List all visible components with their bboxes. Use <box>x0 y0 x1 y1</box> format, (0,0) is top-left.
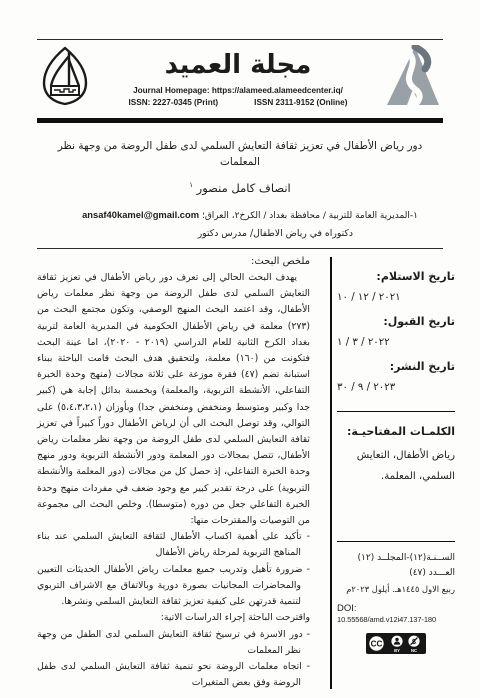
journal-name-calligraphy: مجلة العميد <box>91 51 385 80</box>
volume-year-line: الســنـة(١٢)-المجلــد (١٢) <box>337 551 455 566</box>
abstract-paragraph: يهدف البحث الحالي إلى تعرف دور رياض الأط… <box>37 270 310 529</box>
article-meta-sidebar: تاريخ الاستلام: ٢٠٢١ / ١٢ / ١٠ تاريخ الق… <box>337 256 455 691</box>
received-date-value: ٢٠٢١ / ١٢ / ١٠ <box>337 292 455 303</box>
keywords-text: رياض الأطفال، التعايش السلمي، المعلمة. <box>337 445 455 487</box>
cc-by-nc-license-icon[interactable]: CC BY $ NC <box>337 633 455 654</box>
affiliation-line: ١-المديرية العامة للتربية / محافظة بغداد… <box>37 209 443 221</box>
svg-text:CC: CC <box>371 639 383 648</box>
svg-text:BY: BY <box>394 648 400 653</box>
journal-homepage-url[interactable]: Journal Homepage: https://alameed.alamee… <box>91 86 385 95</box>
alameed-center-logo-icon <box>385 45 441 111</box>
abstract-suggestion: - اتجاه معلمات الروضة نحو تنمية ثقافة ال… <box>37 659 310 691</box>
affiliation-text: ١-المديرية العامة للتربية / محافظة بغداد… <box>202 211 418 221</box>
title-divider-rule <box>37 248 443 249</box>
sidebar-rule <box>337 411 455 412</box>
author-name: انصاف كامل منصور <box>197 181 291 195</box>
abstract-suggestion: - دور الاسرة في ترسيخ ثقافة التعايش السل… <box>37 627 310 659</box>
masthead: مجلة العميد Journal Homepage: https://al… <box>37 40 443 118</box>
issue-date-line: ربيع الاول ١٤٤٥هـ. أيلول ٢٠٢٣م <box>337 584 455 594</box>
masthead-center: مجلة العميد Journal Homepage: https://al… <box>91 49 385 108</box>
issue-line: العـــدد (٤٧) <box>337 566 455 581</box>
doi-label: DOI: <box>337 603 455 614</box>
author-email[interactable]: ansaf40kamel@gmail.com <box>82 209 199 220</box>
abstract-heading: ملخص البحث: <box>37 256 310 267</box>
abstract-suggestions-intro: واقترحت الباحثة إجراء الدراسات الاتية: <box>37 610 310 626</box>
keywords-label: الكلمـات المفتاحيـة: <box>337 425 455 438</box>
abstract-recommendation: - ضرورة تأهيل وتدريب جميع معلمات رياض ال… <box>37 562 310 611</box>
received-date-label: تاريخ الاستلام: <box>337 270 455 283</box>
issn-row: ISSN: 2227-0345 (Print) ISSN 2311-9152 (… <box>91 98 385 107</box>
doi-link[interactable]: 10.55568/amd.v12i47.137-180 <box>337 615 455 624</box>
main-content: ملخص البحث: يهدف البحث الحالي إلى تعرف د… <box>37 256 455 691</box>
column-divider-rule <box>330 257 332 689</box>
issn-online: ISSN 2311-9152 (Online) <box>254 98 347 107</box>
article-title: دور رياض الأطفال في تعزيز ثقافة التعايش … <box>37 138 443 171</box>
header-thick-rule <box>37 118 443 123</box>
accepted-date-label: تاريخ القبول: <box>337 315 455 328</box>
abstract-section: ملخص البحث: يهدف البحث الحالي إلى تعرف د… <box>37 256 310 691</box>
author-affiliation-superscript: ١ <box>189 181 193 189</box>
svg-text:NC: NC <box>411 648 417 653</box>
accepted-date-value: ٢٠٢٢ / ٣ / ١ <box>337 337 455 348</box>
issn-print: ISSN: 2227-0345 (Print) <box>129 98 219 107</box>
published-date-label: تاريخ النشر: <box>337 360 455 373</box>
alameed-emblem-icon <box>39 46 91 110</box>
abstract-recommendation: - تأكيد على أهمية اكساب الأطفال لثقافة ا… <box>37 529 310 561</box>
author-degree: دكتوراه في رياض الاطفال/ مدرس دكتور <box>37 228 443 239</box>
sidebar-rule <box>337 541 455 542</box>
doi-block: DOI: 10.55568/amd.v12i47.137-180 <box>337 603 455 624</box>
journal-first-page: مجلة العميد Journal Homepage: https://al… <box>0 39 480 691</box>
published-date-value: ٢٠٢٣ / ٩ / ٣٠ <box>337 382 455 393</box>
author-line: انصاف كامل منصور ١ <box>37 181 443 195</box>
